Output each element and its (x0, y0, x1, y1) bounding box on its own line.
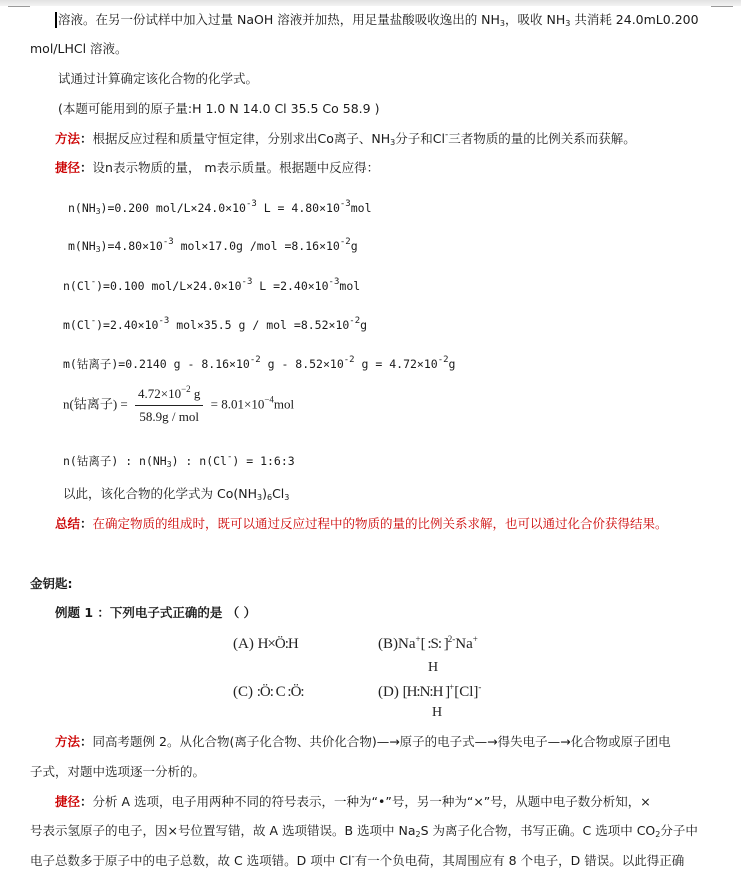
ruler-bar (0, 0, 741, 6)
colon: ： (80, 516, 93, 531)
text: g (449, 357, 456, 371)
option-label: (D) (378, 684, 399, 700)
superscript: -3 (340, 199, 351, 209)
text: ，吸收 NH (505, 12, 565, 27)
text: n(钴离子) : n(NH (63, 454, 167, 468)
shortcut2-paragraph-line3: 电子总数多于原子中的电子总数，故 C 选项错。D 项中 Cl-有一个负电荷，其周… (30, 852, 684, 870)
text: [Cl] (454, 684, 478, 700)
text: Cl (272, 486, 284, 501)
electron-formula: [H:N:H ] (403, 684, 450, 700)
margin-mark-left (8, 6, 30, 7)
shortcut-label: 捷径 (55, 794, 80, 809)
text: 溶液。在另一份试样中加入过量 NaOH 溶液并加热，用足量盐酸吸收逸出的 NH (58, 12, 500, 27)
option-d: (D) [H:N:H ]+[Cl]- (378, 684, 481, 701)
text: 分子中 (660, 823, 698, 838)
shortcut2-paragraph-line1: 捷径：分析 A 选项，电子用两种不同的符号表示，一种为“•”号，另一种为“×”号… (55, 793, 651, 811)
paragraph-line-2: mol/LHCl 溶液。 (30, 40, 128, 58)
superscript: −4 (264, 394, 274, 404)
paragraph-line-1: 溶液。在另一份试样中加入过量 NaOH 溶液并加热，用足量盐酸吸收逸出的 NH3… (58, 11, 699, 29)
text: mol (351, 201, 372, 215)
option-d-top-h: H (428, 660, 438, 676)
colon: ： (80, 734, 93, 749)
margin-mark-right (711, 6, 733, 7)
text: 三者物质的量的比例关系而获解。 (448, 131, 636, 146)
text: g (351, 239, 358, 253)
text: m(NH (68, 239, 96, 253)
electron-formula: [ :S: ] (421, 636, 448, 652)
method-paragraph: 方法：根据反应过程和质量守恒定律，分别求出Co离子、NH3分子和Cl-三者物质的… (55, 130, 636, 148)
superscript: -2 (340, 237, 351, 247)
text: L = 4.80×10 (257, 201, 340, 215)
option-label: (A) (233, 636, 254, 652)
colon: ： (80, 131, 93, 146)
text: mol (274, 396, 294, 411)
text-cursor (55, 12, 57, 28)
text: Na (398, 636, 416, 652)
text: g (360, 318, 367, 332)
example-question: 例题 1 ：下列电子式正确的是 （ ） (55, 604, 256, 622)
text: = 8.01×10 (211, 396, 265, 411)
option-label: (B) (378, 636, 398, 652)
method2-paragraph-line2: 子式，对题中选项逐一分析的。 (30, 763, 205, 781)
text: )=4.80×10 (101, 239, 163, 253)
superscript: -3 (329, 277, 340, 287)
subscript: 3 (284, 493, 289, 502)
shortcut2-paragraph-line2: 号表示氢原子的电子，因×号位置写错，故 A 选项错误。B 选项中 Na2S 为离… (30, 822, 698, 840)
text: Na (455, 636, 473, 652)
conclusion-formula: 以此，该化合物的化学式为 Co(NH3)6Cl3 (63, 485, 289, 503)
option-d-bottom-h: H (432, 705, 442, 721)
option-a: (A) H×Ö:H (233, 636, 298, 653)
colon: ： (80, 160, 93, 175)
equation-n-cobalt: n(钴离子) = 4.72×10−2 g 58.9g / mol = 8.01×… (63, 384, 294, 427)
text: mol×17.0g /mol =8.16×10 (174, 239, 340, 253)
text: 设n表示物质的量， m表示质量。根据题中反应得： (93, 160, 380, 175)
method-label: 方法 (55, 734, 80, 749)
superscript: -2 (250, 355, 261, 365)
option-c: (C) :Ö: C :Ö: (233, 684, 304, 701)
equation-n-cl: n(Cl-)=0.100 mol/L×24.0×10-3 L =2.40×10-… (63, 277, 360, 295)
method2-paragraph-line1: 方法：同高考题例 2。从化合物(离子化合物、共价化合物)—→原子的电子式—→得失… (55, 733, 671, 751)
superscript: - (478, 682, 481, 692)
superscript: −2 (181, 384, 191, 394)
text: 根据反应过程和质量守恒定律，分别求出Co离子、NH (93, 131, 391, 146)
colon: ： (80, 794, 93, 809)
text: 号表示氢原子的电子，因×号位置写错，故 A 选项错误。B 选项中 Na (30, 823, 416, 838)
summary-text: 在确定物质的组成时，既可以通过反应过程中的物质的量的比例关系求解，也可以通过化合… (93, 516, 668, 531)
superscript: -3 (242, 277, 253, 287)
text: ) = 1:6:3 (232, 454, 294, 468)
text: 以此，该化合物的化学式为 Co(NH (63, 486, 257, 501)
superscript: -2 (344, 355, 355, 365)
superscript: -3 (163, 237, 174, 247)
equation-n-nh3: n(NH3)=0.200 mol/L×24.0×10-3 L = 4.80×10… (68, 199, 372, 217)
text: m(Cl (63, 318, 91, 332)
equation-m-cl: m(Cl-)=2.40×10-3 mol×35.5 g / mol =8.52×… (63, 316, 367, 334)
text: L =2.40×10 (252, 279, 328, 293)
superscript: -3 (158, 316, 169, 326)
text: m(钴离子)=0.2140 g - 8.16×10 (63, 357, 250, 371)
fraction-numerator: 4.72×10−2 g (135, 384, 203, 406)
text: 分析 A 选项，电子用两种不同的符号表示，一种为“•”号，另一种为“×”号，从题… (93, 794, 651, 809)
text: mol (339, 279, 360, 293)
text: 同高考题例 2。从化合物(离子化合物、共价化合物)—→原子的电子式—→得失电子—… (93, 734, 671, 749)
text: 电子总数多于原子中的电子总数，故 C 选项错。D 项中 Cl (30, 853, 351, 868)
shortcut-paragraph: 捷径：设n表示物质的量， m表示质量。根据题中反应得： (55, 159, 379, 177)
text: S 为离子化合物，书写正确。C 选项中 CO (421, 823, 656, 838)
question-prompt: 试通过计算确定该化合物的化学式。 (58, 70, 258, 88)
text: )=0.200 mol/L×24.0×10 (101, 201, 246, 215)
summary-paragraph: 总结：在确定物质的组成时，既可以通过反应过程中的物质的量的比例关系求解，也可以通… (55, 515, 668, 533)
text: n(Cl (63, 279, 91, 293)
atomic-masses-note: (本题可能用到的原子量:H 1.0 N 14.0 Cl 35.5 Co 58.9… (58, 100, 379, 118)
text: 有一个负电荷，其周围应有 8 个电子，D 错误。以此得正确 (355, 853, 685, 868)
option-label: (C) (233, 684, 253, 700)
text: g (191, 386, 201, 401)
fraction-denominator: 58.9g / mol (136, 406, 202, 427)
text: 4.72×10 (138, 386, 181, 401)
text: )=2.40×10 (96, 318, 158, 332)
text: n(NH (68, 201, 96, 215)
electron-formula: H×Ö:H (258, 636, 298, 652)
text: n(钴离子) = (63, 396, 128, 411)
option-b: (B)Na+[ :S: ]2-Na+ (378, 636, 478, 653)
superscript: -3 (246, 199, 257, 209)
fraction: 4.72×10−2 g 58.9g / mol (135, 384, 203, 427)
text: 分子和Cl (395, 131, 445, 146)
superscript: -2 (438, 355, 449, 365)
superscript: + (473, 634, 478, 644)
equation-m-nh3: m(NH3)=4.80×10-3 mol×17.0g /mol =8.16×10… (68, 237, 358, 255)
method-label: 方法 (55, 131, 80, 146)
text: mol×35.5 g / mol =8.52×10 (169, 318, 349, 332)
text: ) : n(Cl (172, 454, 227, 468)
superscript: -2 (349, 316, 360, 326)
mole-ratio: n(钴离子) : n(NH3) : n(Cl-) = 1:6:3 (63, 452, 295, 470)
text: )=0.100 mol/L×24.0×10 (96, 279, 241, 293)
section-heading-golden-key: 金钥匙: (30, 575, 73, 593)
equation-m-cobalt: m(钴离子)=0.2140 g - 8.16×10-2 g - 8.52×10-… (63, 355, 455, 373)
text: g - 8.52×10 (261, 357, 344, 371)
text: 共消耗 24.0mL0.200 (570, 12, 698, 27)
summary-label: 总结 (55, 516, 80, 531)
electron-formula: :Ö: C :Ö: (257, 684, 304, 700)
shortcut-label: 捷径 (55, 160, 80, 175)
text: g = 4.72×10 (355, 357, 438, 371)
